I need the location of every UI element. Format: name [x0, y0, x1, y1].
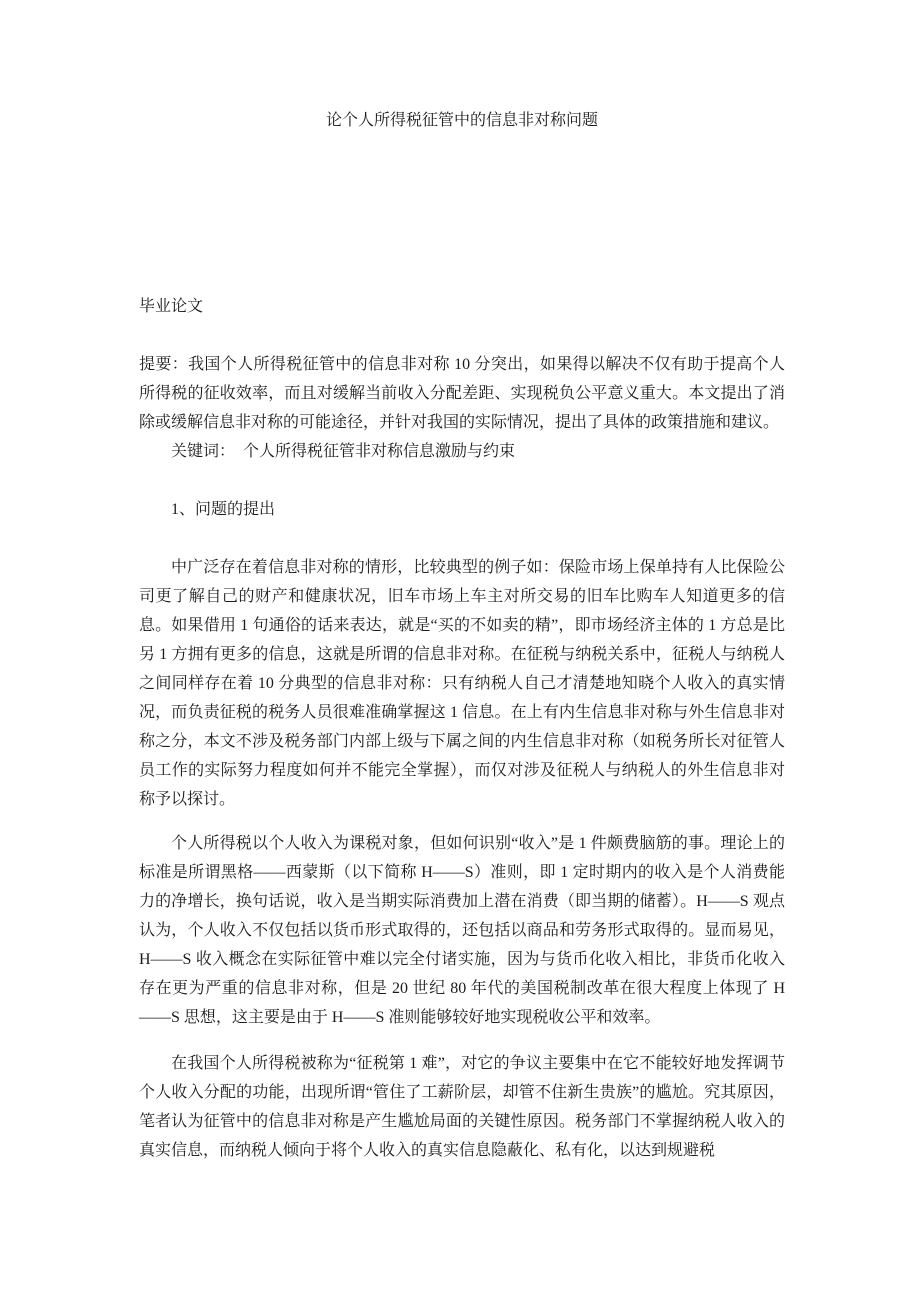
- doc-type-label: 毕业论文: [139, 292, 785, 321]
- section-heading: 1、问题的提出: [139, 495, 785, 524]
- body-paragraph-1: 中广泛存在着信息非对称的情形，比较典型的例子如：保险市场上保单持有人比保险公司更…: [139, 553, 785, 814]
- keywords-line: 关键词： 个人所得税征管非对称信息激励与约束: [139, 437, 785, 466]
- document-page: 论个人所得税征管中的信息非对称问题 毕业论文 提要：我国个人所得税征管中的信息非…: [0, 0, 920, 1302]
- body-paragraph-3: 在我国个人所得税被称为“征税第 1 难”，对它的争议主要集中在它不能较好地发挥调…: [139, 1049, 785, 1165]
- body-paragraph-2: 个人所得税以个人收入为课税对象，但如何识别“收入”是 1 件颇费脑筋的事。理论上…: [139, 829, 785, 1032]
- document-title: 论个人所得税征管中的信息非对称问题: [139, 108, 785, 134]
- abstract-paragraph: 提要：我国个人所得税征管中的信息非对称 10 分突出，如果得以解决不仅有助于提高…: [139, 350, 785, 437]
